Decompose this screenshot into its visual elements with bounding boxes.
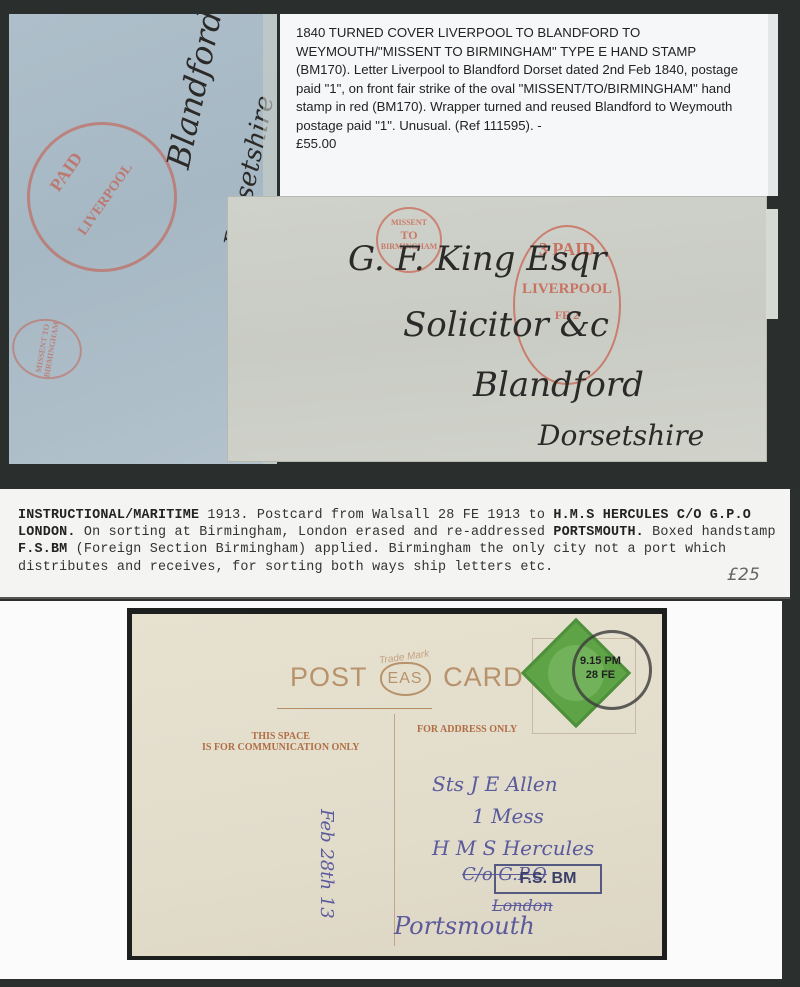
lot2-description-card: INSTRUCTIONAL/MARITIME 1913. Postcard fr… [0,489,790,599]
postmark-text: 9.15 PM 28 FE [580,654,621,682]
lot1-price: £55.00 [296,135,750,154]
wrapper-handwriting-1: Blandford [159,14,230,172]
addr-line-6: Portsmouth [394,912,535,940]
address-line-3: Blandford [473,365,644,405]
lot1-description-card: 1840 TURNED COVER LIVERPOOL TO BLANDFORD… [280,14,768,196]
address-label: FOR ADDRESS ONLY [417,724,517,735]
lot2-description: INSTRUCTIONAL/MARITIME 1913. Postcard fr… [18,508,776,575]
addr-line-3: H M S Hercules [432,836,594,860]
eas-heart-logo: EAS [380,662,431,696]
addr-line-1: Sts J E Allen [432,772,558,796]
address-line-2: Solicitor &c [403,305,609,345]
address-line-1: G. F. King Esqr [348,239,607,279]
addr-line-2: 1 Mess [472,804,544,828]
letter-front-image: MISSENT TO BIRMINGHAM 3 PAID LIVERPOOL F… [227,196,767,462]
fsbm-boxed-handstamp: F.S. BM [494,864,602,894]
address-line-4: Dorsetshire [538,419,704,452]
message-text [162,634,362,934]
lot1-description: 1840 TURNED COVER LIVERPOOL TO BLANDFORD… [296,25,738,133]
lot2-price: £25 [727,567,760,584]
postcard-image: Trade Mark POST EAS CARD THIS SPACE IS F… [132,614,662,956]
card-shadow [768,14,778,196]
lower-mount-edge [782,601,800,987]
missent-stamp: MISSENT TO BIRMINGHAM [9,313,87,384]
letter-fold [766,209,778,319]
